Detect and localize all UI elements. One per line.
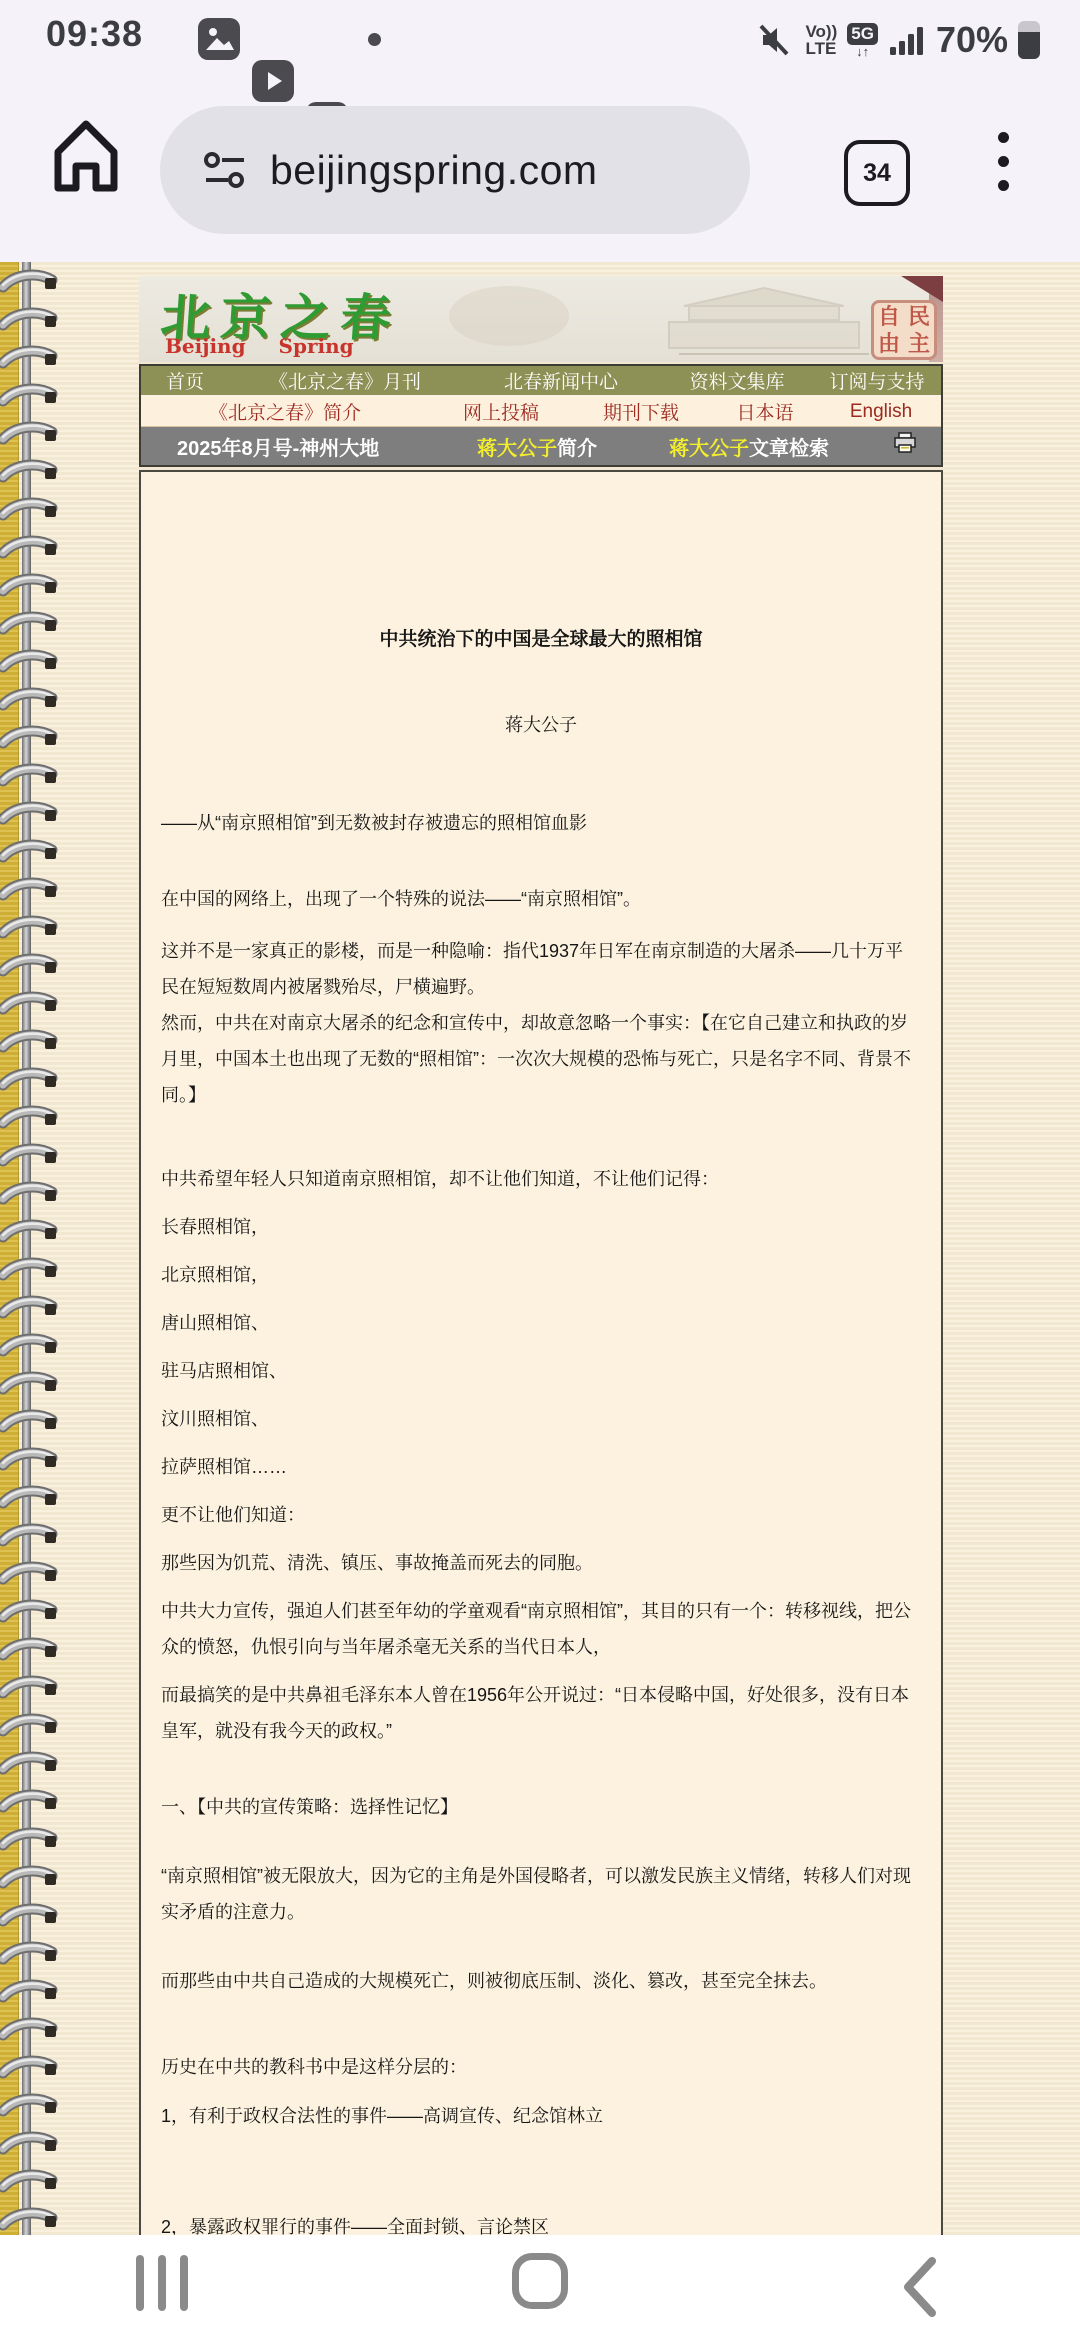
site-content: 北京之春 Beijing Spring 自 民 由 主 首页《北京之春》月刊北春… xyxy=(139,276,943,2287)
article-paragraph: 那些因为饥荒、清洗、镇压、事故掩盖而死去的同胞。 xyxy=(161,1545,921,1581)
spiral-ring xyxy=(0,876,62,902)
nav-link[interactable]: 首页 xyxy=(141,367,229,394)
article-paragraph: 驻马店照相馆、 xyxy=(161,1353,921,1389)
spiral-ring xyxy=(0,1978,62,2004)
article-paragraph: 而最搞笑的是中共鼻祖毛泽东本人曾在1956年公开说过：“日本侵略中国，好处很多，… xyxy=(161,1677,921,1749)
spiral-ring xyxy=(0,1750,62,1776)
browser-chrome: 09:38 Vo))LTE 5G ↓↑ xyxy=(0,0,1080,262)
nav-link[interactable]: 订阅与支持 xyxy=(813,367,941,394)
issue-label: 2025年8月号-神州大地 xyxy=(141,432,445,461)
home-nav-button[interactable] xyxy=(512,2253,568,2309)
spiral-ring xyxy=(0,838,62,864)
spiral-ring xyxy=(0,1522,62,1548)
nav-link[interactable]: 期刊下载 xyxy=(573,398,709,425)
print-button[interactable] xyxy=(869,432,941,460)
spiral-ring xyxy=(0,1598,62,1624)
spiral-ring xyxy=(0,1218,62,1244)
article-paragraph: 更不让他们知道： xyxy=(161,1497,921,1533)
browser-menu-button[interactable] xyxy=(998,132,1010,204)
author-intro-link[interactable]: 蒋大公子简介 xyxy=(445,432,629,461)
home-button[interactable] xyxy=(50,118,122,196)
nav-link[interactable]: 《北京之春》月刊 xyxy=(229,367,461,394)
spiral-ring xyxy=(0,382,62,408)
spiral-ring xyxy=(0,1332,62,1358)
nav-link[interactable]: 《北京之春》简介 xyxy=(141,398,429,425)
tab-switcher-button[interactable]: 34 xyxy=(844,140,910,206)
spiral-ring xyxy=(0,1142,62,1168)
article-paragraph: 在中国的网络上，出现了一个特殊的说法——“南京照相馆”。 xyxy=(161,881,921,917)
spiral-ring xyxy=(0,2054,62,2080)
spiral-ring xyxy=(0,1864,62,1890)
spiral-ring xyxy=(0,1940,62,1966)
article-body: 中共统治下的中国是全球最大的照相馆蒋大公子——从“南京照相馆”到无数被封存被遗忘… xyxy=(161,622,921,2245)
article-paragraph: 然而，中共在对南京大屠杀的纪念和宣传中，却故意忽略一个事实：【在它自己建立和执政… xyxy=(161,1005,921,1113)
spiral-ring xyxy=(0,648,62,674)
spiral-ring xyxy=(0,2092,62,2118)
system-navigation-bar xyxy=(0,2235,1080,2340)
article-paragraph: 长春照相馆， xyxy=(161,1209,921,1245)
spiral-ring xyxy=(0,1484,62,1510)
signal-strength-icon xyxy=(888,21,926,59)
spiral-ring xyxy=(0,2168,62,2194)
spiral-ring xyxy=(0,1826,62,1852)
article-paragraph: 中共大力宣传，强迫人们甚至年幼的学童观看“南京照相馆”，其目的只有一个：转移视线… xyxy=(161,1593,921,1665)
nav-row-issue: 2025年8月号-神州大地 蒋大公子简介 蒋大公子文章检索 xyxy=(141,427,941,465)
spiral-ring xyxy=(0,572,62,598)
spiral-ring xyxy=(0,1294,62,1320)
status-bar: 09:38 Vo))LTE 5G ↓↑ xyxy=(0,0,1080,80)
site-navigation: 首页《北京之春》月刊北春新闻中心资料文集库订阅与支持 《北京之春》简介网上投稿期… xyxy=(139,364,943,467)
nav-link[interactable]: English xyxy=(821,401,941,423)
clock: 09:38 xyxy=(46,13,143,55)
address-bar[interactable]: beijingspring.com xyxy=(160,106,750,234)
more-notifications-dot xyxy=(368,33,381,46)
spiral-ring xyxy=(0,1636,62,1662)
spiral-ring xyxy=(0,686,62,712)
spiral-ring xyxy=(0,268,62,294)
nav-link[interactable]: 北春新闻中心 xyxy=(461,367,661,394)
spiral-ring xyxy=(0,1408,62,1434)
site-banner: 北京之春 Beijing Spring 自 民 由 主 xyxy=(139,276,943,362)
spiral-ring xyxy=(0,1370,62,1396)
article-paragraph: 一、【中共的宣传策略：选择性记忆】 xyxy=(161,1789,921,1825)
battery-icon xyxy=(1018,21,1040,59)
spiral-ring xyxy=(0,496,62,522)
spiral-ring xyxy=(0,1066,62,1092)
spiral-ring xyxy=(0,1028,62,1054)
article-paragraph: 唐山照相馆、 xyxy=(161,1305,921,1341)
article-paragraph: 北京照相馆， xyxy=(161,1257,921,1293)
spiral-ring xyxy=(0,1180,62,1206)
printer-icon xyxy=(893,432,917,454)
url-text[interactable]: beijingspring.com xyxy=(270,147,598,194)
spiral-ring xyxy=(0,306,62,332)
site-title-english: Beijing Spring xyxy=(165,334,354,358)
browser-toolbar: beijingspring.com 34 xyxy=(0,80,1080,262)
article-paragraph: 历史在中共的教科书中是这样分层的： xyxy=(161,2049,921,2085)
spiral-ring xyxy=(0,724,62,750)
spiral-ring xyxy=(0,1902,62,1928)
article-paragraph: 1，有利于政权合法性的事件——高调宣传、纪念馆林立 xyxy=(161,2098,921,2134)
spiral-ring xyxy=(0,1788,62,1814)
spiral-ring xyxy=(0,420,62,446)
article-paragraph: 拉萨照相馆…… xyxy=(161,1449,921,1485)
spiral-ring xyxy=(0,800,62,826)
5g-network-icon: 5G ↓↑ xyxy=(847,23,878,58)
article-paragraph: 汶川照相馆、 xyxy=(161,1401,921,1437)
spiral-ring xyxy=(0,1674,62,1700)
article-paragraph: 中共希望年轻人只知道南京照相馆，却不让他们知道，不让他们记得： xyxy=(161,1161,921,1197)
spiral-ring xyxy=(0,344,62,370)
banner-corner-triangle xyxy=(901,276,943,302)
article-paragraph: 蒋大公子 xyxy=(161,707,921,743)
spiral-ring xyxy=(0,610,62,636)
article-paragraph: “南京照相馆”被无限放大，因为它的主角是外国侵略者，可以激发民族主义情绪，转移人… xyxy=(161,1858,921,1930)
recents-button[interactable] xyxy=(136,2255,188,2311)
spiral-ring xyxy=(0,458,62,484)
webpage-viewport: 北京之春 Beijing Spring 自 民 由 主 首页《北京之春》月刊北春… xyxy=(0,262,1080,2235)
spiral-ring xyxy=(0,952,62,978)
tab-count: 34 xyxy=(863,159,891,188)
spiral-ring xyxy=(0,1256,62,1282)
article-paragraph: 这并不是一家真正的影楼，而是一种隐喻：指代1937年日军在南京制造的大屠杀——几… xyxy=(161,933,921,1005)
spiral-ring xyxy=(0,534,62,560)
back-button[interactable] xyxy=(900,2255,940,2319)
spiral-ring xyxy=(0,990,62,1016)
nav-row-secondary: 《北京之春》简介网上投稿期刊下载日本语English xyxy=(141,395,941,427)
spiral-ring xyxy=(0,1104,62,1130)
article-paragraph: 中共统治下的中国是全球最大的照相馆 xyxy=(161,622,921,658)
nav-row-primary: 首页《北京之春》月刊北春新闻中心资料文集库订阅与支持 xyxy=(141,366,941,395)
gallery-notification-icon xyxy=(198,18,240,60)
spiral-ring xyxy=(0,2016,62,2042)
spiral-ring xyxy=(0,914,62,940)
article-container: 中共统治下的中国是全球最大的照相馆蒋大公子——从“南京照相馆”到无数被封存被遗忘… xyxy=(139,470,943,2287)
article-paragraph: ——从“南京照相馆”到无数被封存被遗忘的照相馆血影 xyxy=(161,805,921,841)
spiral-ring xyxy=(0,2206,62,2232)
spiral-ring xyxy=(0,1446,62,1472)
democracy-freedom-seal: 自 民 由 主 xyxy=(871,300,937,360)
article-paragraph: 而那些由中共自己造成的大规模死亡，则被彻底压制、淡化、篡改，甚至完全抹去。 xyxy=(161,1963,921,1999)
author-search-link[interactable]: 蒋大公子文章检索 xyxy=(629,432,869,461)
sound-muted-icon xyxy=(755,20,795,60)
spiral-ring xyxy=(0,1712,62,1738)
nav-link[interactable]: 资料文集库 xyxy=(661,367,813,394)
battery-percent-label: 70% xyxy=(936,19,1008,61)
spiral-ring xyxy=(0,2130,62,2156)
tiananmen-embossed-art xyxy=(439,276,879,362)
nav-link[interactable]: 网上投稿 xyxy=(429,398,573,425)
volte-icon: Vo))LTE xyxy=(805,23,837,57)
site-settings-icon[interactable] xyxy=(202,147,248,193)
spiral-ring xyxy=(0,762,62,788)
spiral-ring xyxy=(0,1560,62,1586)
nav-link[interactable]: 日本语 xyxy=(709,398,821,425)
